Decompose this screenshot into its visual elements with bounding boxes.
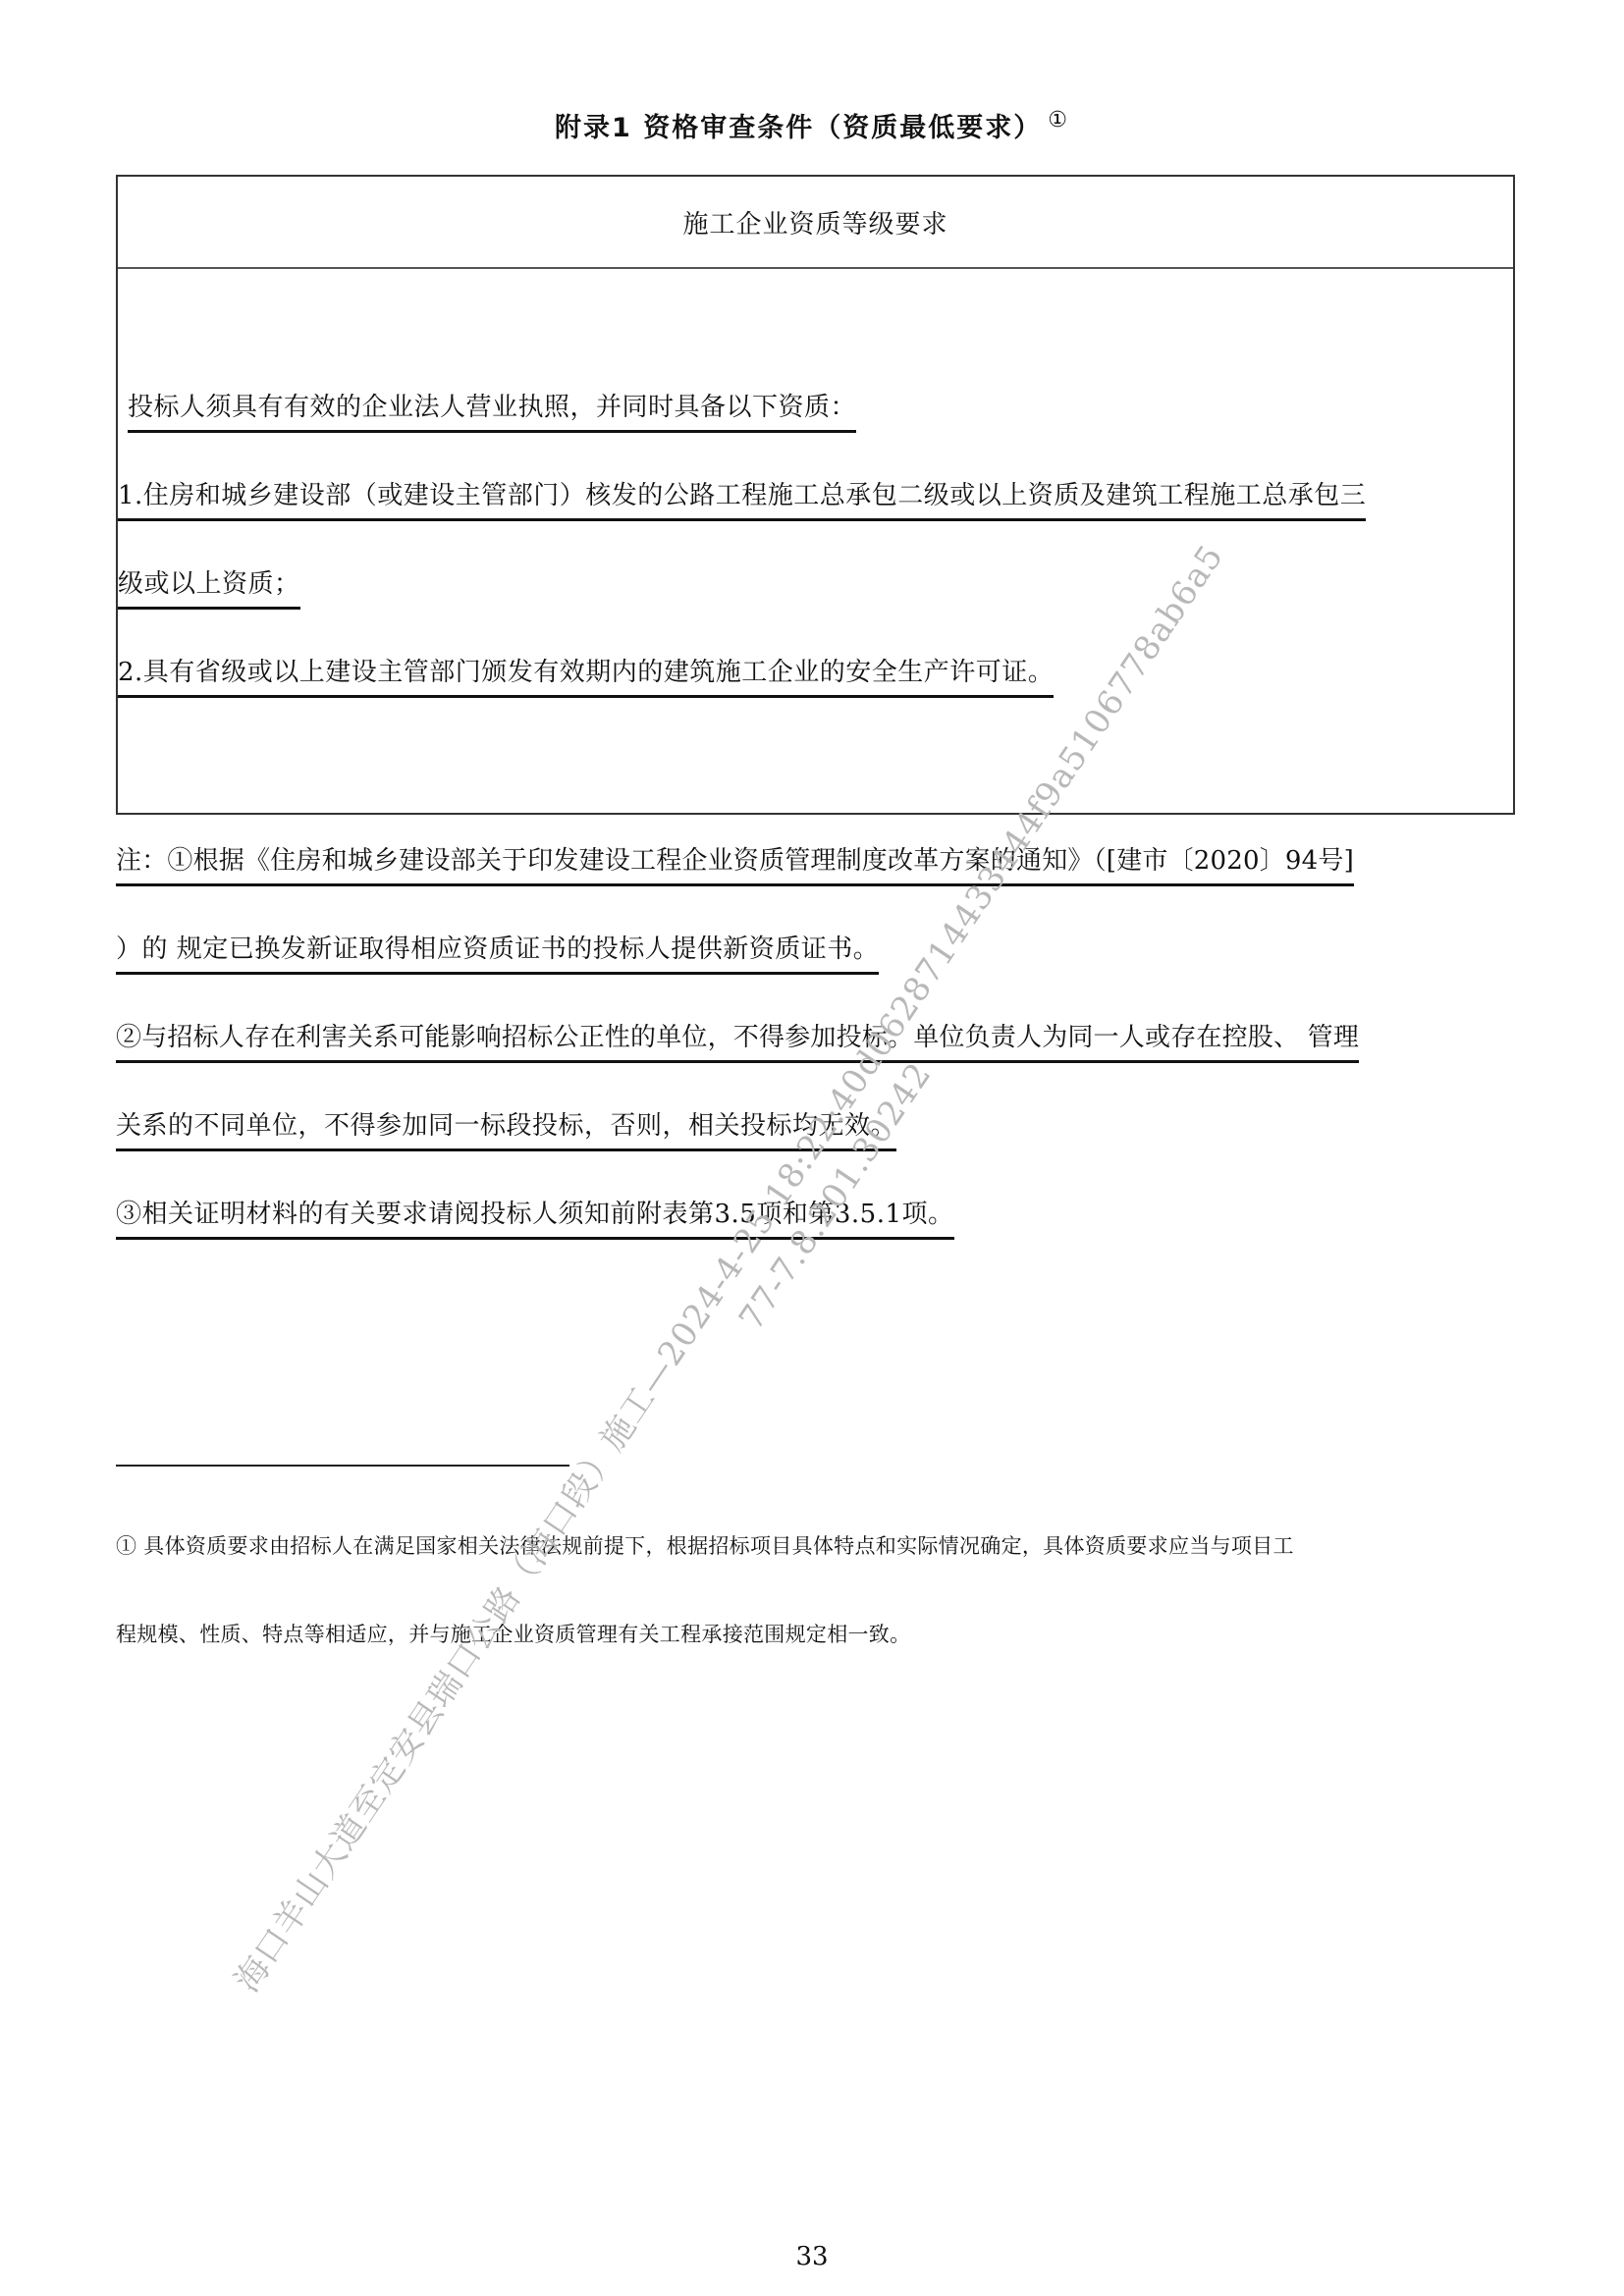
- note-1: 注：①根据《住房和城乡建设部关于印发建设工程企业资质管理制度改革方案的通知》（[…: [116, 844, 1354, 886]
- footnote-line-1: ① 具体资质要求由招标人在满足国家相关法律法规前提下，根据招标项目具体特点和实际…: [116, 1531, 1294, 1561]
- page-number: 33: [0, 2242, 1624, 2271]
- table-line-intro: 投标人须具有有效的企业法人营业执照，并同时具备以下资质：: [128, 391, 856, 433]
- table-line-item1: 1.住房和城乡建设部（或建设主管部门）核发的公路工程施工总承包二级或以上资质及建…: [118, 479, 1366, 521]
- title-text: 附录1 资格审查条件（资质最低要求）: [555, 113, 1042, 143]
- footnote-marker[interactable]: ①: [1048, 108, 1069, 133]
- page-title: 附录1 资格审查条件（资质最低要求）①: [0, 106, 1624, 144]
- qualification-table: 施工企业资质等级要求 投标人须具有有效的企业法人营业执照，并同时具备以下资质： …: [116, 175, 1515, 815]
- table-header: 施工企业资质等级要求: [118, 177, 1513, 269]
- note-1-cont: ）的 规定已换发新证取得相应资质证书的投标人提供新资质证书。: [116, 933, 879, 975]
- note-2: ②与招标人存在利害关系可能影响招标公正性的单位，不得参加投标。单位负责人为同一人…: [116, 1021, 1359, 1063]
- footnote-divider: [116, 1465, 569, 1467]
- table-line-item1-cont: 级或以上资质；: [118, 567, 300, 610]
- table-line-item2: 2.具有省级或以上建设主管部门颁发有效期内的建筑施工企业的安全生产许可证。: [118, 656, 1054, 698]
